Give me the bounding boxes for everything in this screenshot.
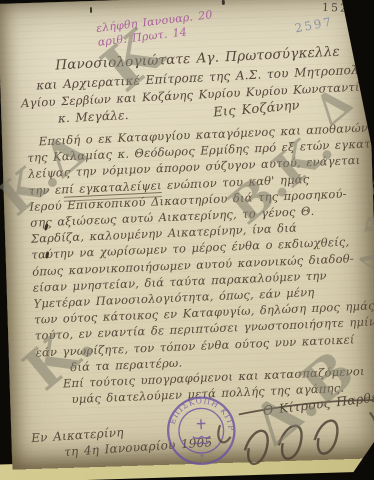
salutation: Πανοσιολογιώτατε Αγ. Πρωτοσύγκελλε και Α…	[19, 41, 366, 129]
ink-speck	[222, 0, 225, 5]
ink-speck	[90, 7, 92, 13]
stamp-emblem	[192, 419, 210, 444]
scanned-letter: 152 2597 ελήφθη Ιανουαρ. 20 αριθ. Πρωτ. …	[0, 0, 374, 480]
received-note: ελήφθη Ιανουαρ. 20 αριθ. Πρωτ. 14	[95, 8, 215, 50]
signature-flourish	[213, 390, 374, 475]
letter-body: Επειδή ο εκ Καταφυγίου καταγόμενος και α…	[26, 120, 373, 409]
letter-page: 152 2597 ελήφθη Ιανουαρ. 20 αριθ. Πρωτ. …	[0, 0, 374, 470]
archive-number-blue: 2597	[294, 14, 334, 35]
stamp-star: ✳	[199, 452, 205, 460]
